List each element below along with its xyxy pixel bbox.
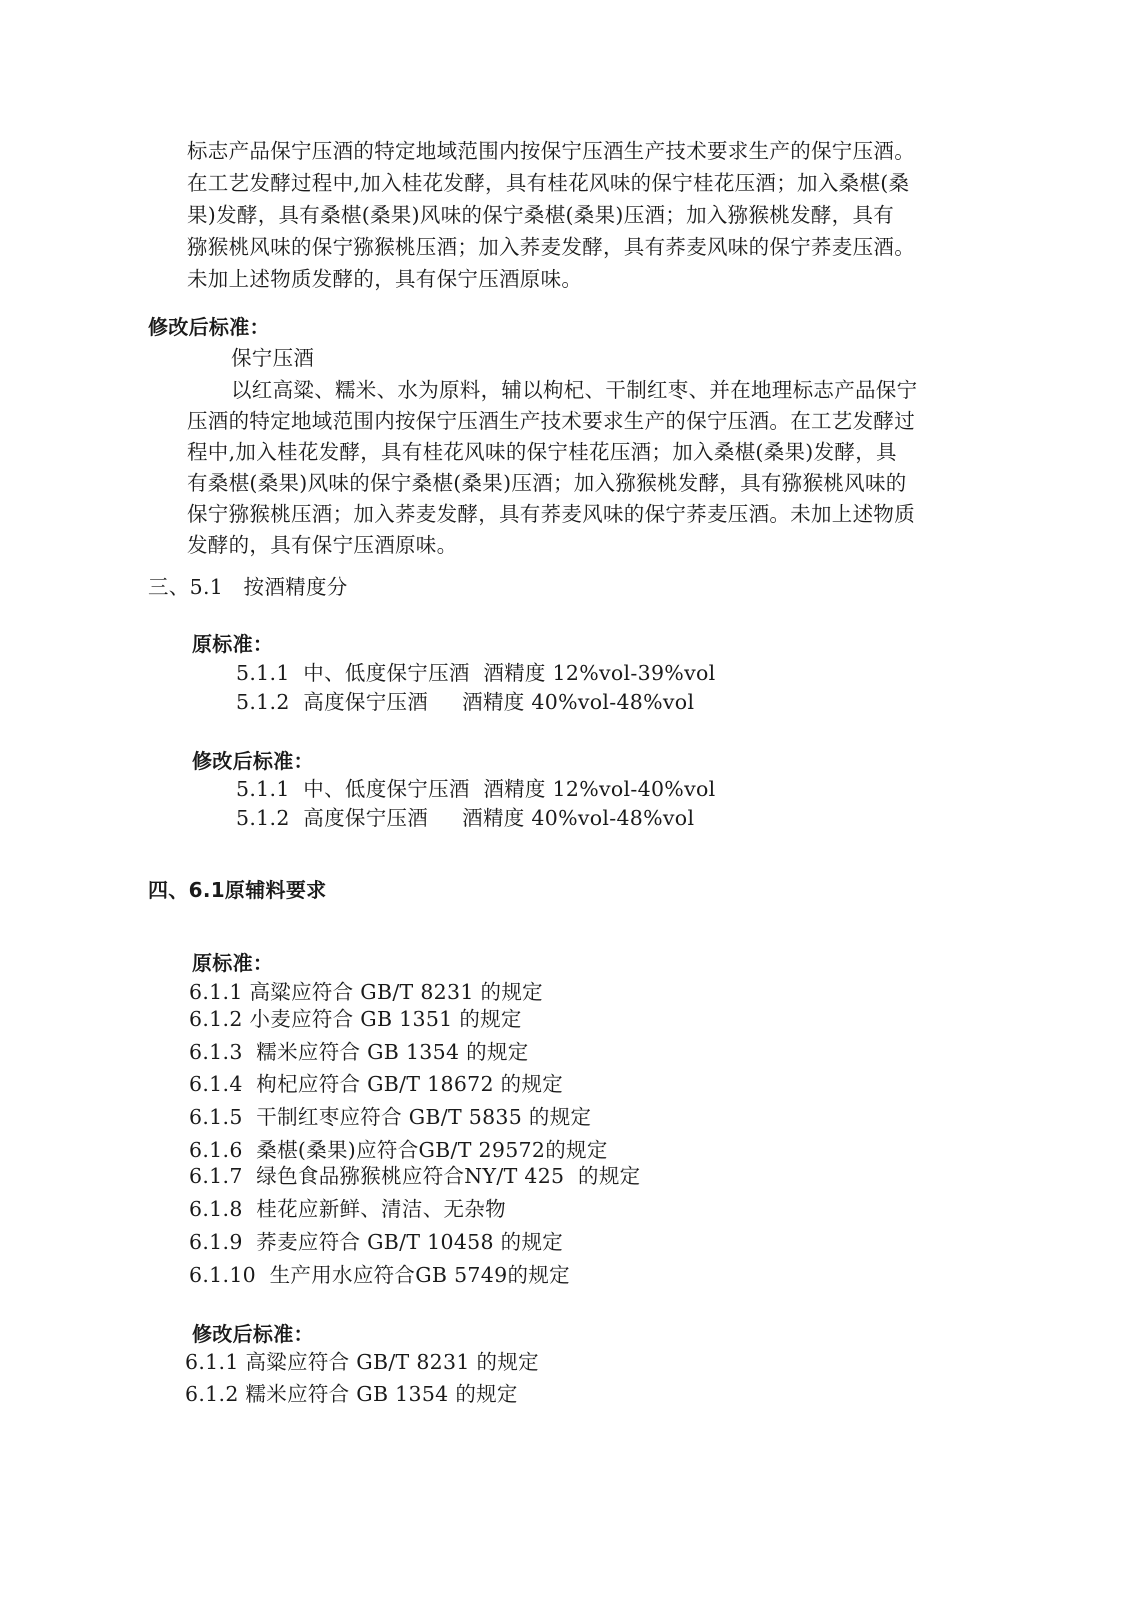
revised-standard-heading: 修改后标准： [192, 1321, 314, 1347]
paragraph-line: 程中,加入桂花发酵，具有桂花风味的保宁桂花压酒；加入桑椹(桑果)发酵，具 [187, 439, 897, 465]
paragraph-line: 保宁猕猴桃压酒；加入荞麦发酵，具有荞麦风味的保宁荞麦压酒。未加上述物质 [187, 501, 915, 527]
list-item: 6.1.2 小麦应符合 GB 1351 的规定 [189, 1006, 522, 1032]
section-3-heading: 三、5.1 按酒精度分 [148, 574, 348, 600]
revised-standard-heading: 修改后标准： [192, 748, 314, 774]
list-item: 6.1.3 糯米应符合 GB 1354 的规定 [189, 1039, 529, 1065]
list-item: 6.1.4 枸杞应符合 GB/T 18672 的规定 [189, 1071, 563, 1097]
list-item: 5.1.2 高度保宁压酒 酒精度 40%vol-48%vol [236, 805, 694, 831]
paragraph-line: 标志产品保宁压酒的特定地域范围内按保宁压酒生产技术要求生产的保宁压酒。 [187, 138, 915, 164]
list-item: 6.1.8 桂花应新鲜、清洁、无杂物 [189, 1196, 506, 1222]
revised-standard-heading: 修改后标准： [148, 314, 270, 340]
revised-product-title: 保宁压酒 [231, 345, 314, 371]
list-item: 6.1.1 高粱应符合 GB/T 8231 的规定 [185, 1349, 539, 1375]
list-item: 6.1.5 干制红枣应符合 GB/T 5835 的规定 [189, 1104, 591, 1130]
paragraph-line: 在工艺发酵过程中,加入桂花发酵，具有桂花风味的保宁桂花压酒；加入桑椹(桑 [187, 170, 909, 196]
list-item: 6.1.6 桑椹(桑果)应符合GB/T 29572的规定 [189, 1137, 608, 1163]
paragraph-line: 以红高粱、糯米、水为原料，辅以枸杞、干制红枣、并在地理标志产品保宁 [231, 377, 917, 403]
list-item: 6.1.9 荞麦应符合 GB/T 10458 的规定 [189, 1229, 563, 1255]
section-4-heading: 四、6.1原辅料要求 [148, 877, 326, 903]
paragraph-line: 猕猴桃风味的保宁猕猴桃压酒；加入荞麦发酵，具有荞麦风味的保宁荞麦压酒。 [187, 234, 915, 260]
original-standard-heading: 原标准： [192, 631, 273, 657]
paragraph-line: 未加上述物质发酵的，具有保宁压酒原味。 [187, 266, 582, 292]
list-item: 5.1.2 高度保宁压酒 酒精度 40%vol-48%vol [236, 689, 694, 715]
paragraph-line: 有桑椹(桑果)风味的保宁桑椹(桑果)压酒；加入猕猴桃发酵，具有猕猴桃风味的 [187, 470, 907, 496]
list-item: 6.1.10 生产用水应符合GB 5749的规定 [189, 1262, 570, 1288]
paragraph-line: 压酒的特定地域范围内按保宁压酒生产技术要求生产的保宁压酒。在工艺发酵过 [187, 408, 915, 434]
list-item: 6.1.1 高粱应符合 GB/T 8231 的规定 [189, 979, 543, 1005]
paragraph-line: 发酵的，具有保宁压酒原味。 [187, 532, 457, 558]
list-item: 6.1.7 绿色食品猕猴桃应符合NY/T 425 的规定 [189, 1163, 640, 1189]
original-standard-heading: 原标准： [192, 950, 273, 976]
paragraph-line: 果)发酵，具有桑椹(桑果)风味的保宁桑椹(桑果)压酒；加入猕猴桃发酵，具有 [187, 202, 894, 228]
list-item: 5.1.1 中、低度保宁压酒 酒精度 12%vol-40%vol [236, 776, 715, 802]
list-item: 6.1.2 糯米应符合 GB 1354 的规定 [185, 1381, 518, 1407]
list-item: 5.1.1 中、低度保宁压酒 酒精度 12%vol-39%vol [236, 660, 715, 686]
